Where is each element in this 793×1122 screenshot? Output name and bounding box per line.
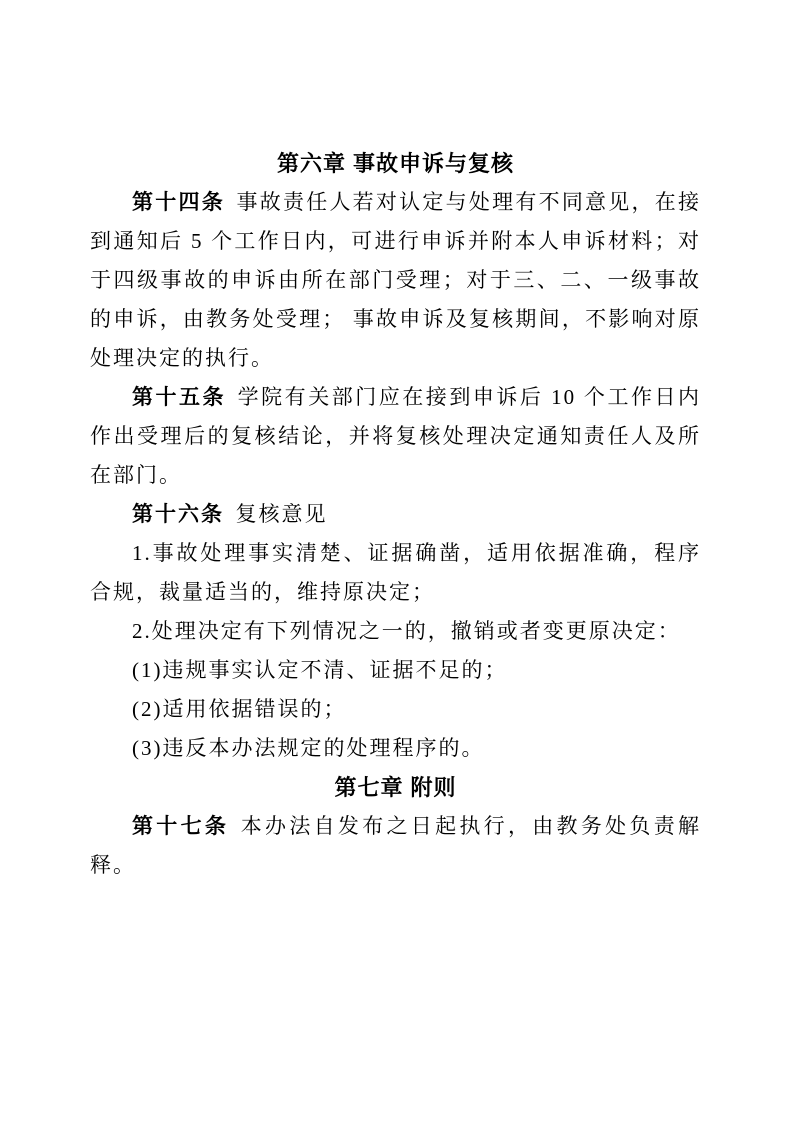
- article-16-label: 第十六条: [132, 502, 224, 526]
- document-page: 第六章 事故申诉与复核 第十四条事故责任人若对认定与处理有不同意见，在接到通知后…: [0, 0, 793, 1122]
- review-item-2: 2.处理决定有下列情况之一的，撤销或者变更原决定：: [90, 612, 701, 651]
- article-16-paragraph: 第十六条复核意见: [90, 495, 701, 534]
- article-14-paragraph: 第十四条事故责任人若对认定与处理有不同意见，在接到通知后 5 个工作日内，可进行…: [90, 183, 701, 378]
- article-15-label: 第十五条: [132, 385, 226, 409]
- article-17-paragraph: 第十七条本办法自发布之日起执行，由教务处负责解释。: [90, 807, 701, 885]
- document-content: 第六章 事故申诉与复核 第十四条事故责任人若对认定与处理有不同意见，在接到通知后…: [90, 144, 701, 885]
- review-item-1: 1.事故处理事实清楚、证据确凿，适用依据准确，程序合规，裁量适当的，维持原决定；: [90, 534, 701, 612]
- article-14-text: 事故责任人若对认定与处理有不同意见，在接到通知后 5 个工作日内，可进行申诉并附…: [90, 190, 701, 370]
- chapter-7-heading: 第七章 附则: [90, 768, 701, 807]
- article-14-label: 第十四条: [132, 190, 225, 214]
- review-item-2-sub-3: (3)违反本办法规定的处理程序的。: [90, 729, 701, 768]
- article-16-text: 复核意见: [236, 502, 328, 526]
- article-15-paragraph: 第十五条学院有关部门应在接到申诉后 10 个工作日内作出受理后的复核结论，并将复…: [90, 378, 701, 495]
- article-17-label: 第十七条: [132, 814, 229, 838]
- review-item-2-sub-2: (2)适用依据错误的；: [90, 690, 701, 729]
- review-item-2-sub-1: (1)违规事实认定不清、证据不足的；: [90, 651, 701, 690]
- chapter-6-heading: 第六章 事故申诉与复核: [90, 144, 701, 183]
